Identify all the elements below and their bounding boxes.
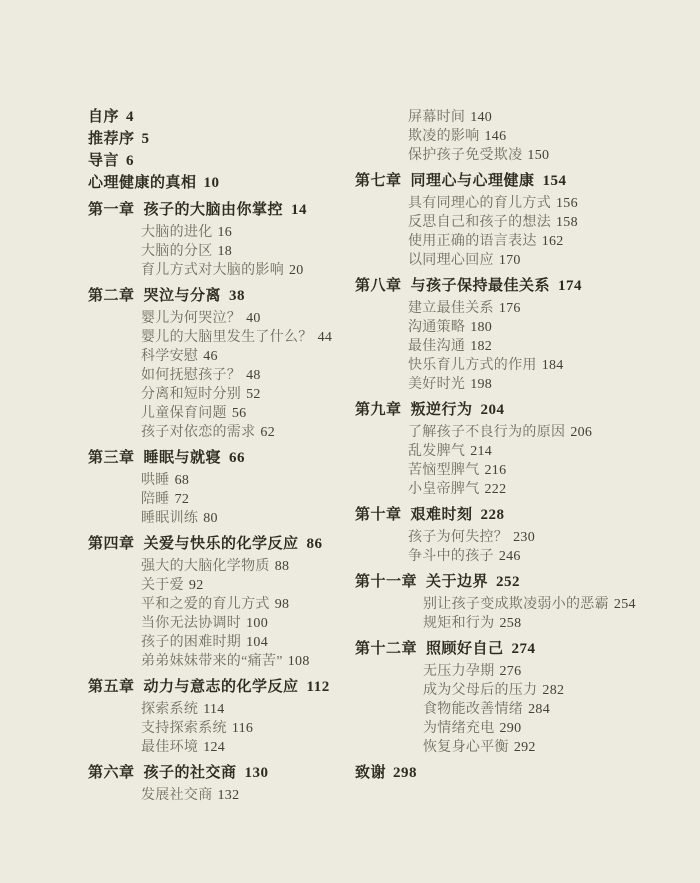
front-matter-title: 导言 (88, 153, 119, 169)
section-list: 屏幕时间140欺凌的影响146保护孩子免受欺凌150 (408, 108, 675, 165)
section-page: 88 (275, 559, 290, 574)
section-item: 苦恼型脾气216 (408, 461, 675, 480)
section-title: 使用正确的语言表达 (408, 234, 537, 249)
toc-page: 自序4推荐序5导言6心理健康的真相10第一章孩子的大脑由你掌控14大脑的进化16… (0, 0, 700, 883)
section-item: 规矩和行为258 (423, 614, 675, 633)
section-page: 276 (500, 664, 522, 679)
section-page: 182 (470, 339, 492, 354)
section-page: 254 (614, 597, 636, 612)
chapter-page: 204 (481, 402, 505, 418)
section-title: 建立最佳关系 (408, 301, 494, 316)
section-item: 睡眠训练80 (141, 509, 363, 528)
section-page: 18 (218, 244, 233, 259)
chapter-page: 130 (245, 765, 269, 781)
section-page: 206 (570, 425, 592, 440)
front-matter-page: 10 (204, 175, 220, 191)
section-page: 132 (218, 788, 240, 803)
chapter-title: 同理心与心理健康 (411, 173, 535, 189)
chapter-label: 第三章 (88, 450, 135, 466)
section-title: 大脑的分区 (141, 244, 213, 259)
section-title: 保护孩子免受欺凌 (408, 148, 522, 163)
section-title: 孩子的困难时期 (141, 635, 241, 650)
section-item: 建立最佳关系176 (408, 299, 675, 318)
chapter-label: 第十一章 (355, 574, 417, 590)
section-title: 具有同理心的育儿方式 (408, 196, 551, 211)
section-page: 292 (514, 740, 536, 755)
section-item: 具有同理心的育儿方式156 (408, 194, 675, 213)
section-title: 睡眠训练 (141, 511, 198, 526)
chapter-title: 孩子的社交商 (144, 765, 237, 781)
chapter-page: 174 (558, 278, 582, 294)
chapter-page: 274 (512, 641, 536, 657)
section-item: 强大的大脑化学物质88 (141, 557, 363, 576)
section-page: 62 (260, 425, 275, 440)
chapter-block: 第七章同理心与心理健康154具有同理心的育儿方式156反思自己和孩子的想法158… (355, 170, 675, 270)
section-list: 孩子为何失控？230争斗中的孩子246 (408, 528, 675, 566)
chapter-heading: 第七章同理心与心理健康154 (355, 170, 675, 192)
section-item: 成为父母后的压力282 (423, 681, 675, 700)
section-page: 290 (500, 721, 522, 736)
chapter-block: 第三章睡眠与就寝66哄睡68陪睡72睡眠训练80 (88, 447, 363, 528)
section-list: 强大的大脑化学物质88关于爱92平和之爱的育儿方式98当你无法协调时100孩子的… (141, 557, 363, 671)
section-item: 大脑的分区18 (141, 242, 363, 261)
section-item: 平和之爱的育儿方式98 (141, 595, 363, 614)
section-item: 反思自己和孩子的想法158 (408, 213, 675, 232)
section-title: 育儿方式对大脑的影响 (141, 263, 284, 278)
chapter-block: 第六章孩子的社交商130发展社交商132 (88, 762, 363, 805)
section-page: 246 (499, 549, 521, 564)
section-item: 婴儿的大脑里发生了什么？44 (141, 328, 363, 347)
chapter-block: 第九章叛逆行为204了解孩子不良行为的原因206乱发脾气214苦恼型脾气216小… (355, 399, 675, 499)
section-item: 哄睡68 (141, 471, 363, 490)
section-item: 争斗中的孩子246 (408, 547, 675, 566)
section-item: 儿童保育问题56 (141, 404, 363, 423)
section-item: 支持探索系统116 (141, 719, 363, 738)
front-matter-page: 5 (142, 131, 150, 147)
front-matter-item: 自序4 (88, 106, 363, 128)
section-item: 孩子的困难时期104 (141, 633, 363, 652)
chapter-page: 14 (291, 202, 307, 218)
section-item: 美好时光198 (408, 375, 675, 394)
chapter-label: 第二章 (88, 288, 135, 304)
section-title: 欺凌的影响 (408, 129, 480, 144)
chapter-heading: 第九章叛逆行为204 (355, 399, 675, 421)
chapter-heading: 第二章哭泣与分离38 (88, 285, 363, 307)
chapter-page: 66 (229, 450, 245, 466)
chapter-block: 第十二章照顾好自己274无压力孕期276成为父母后的压力282食物能改善情绪28… (355, 638, 675, 757)
chapter-heading: 第五章动力与意志的化学反应112 (88, 676, 363, 698)
section-item: 屏幕时间140 (408, 108, 675, 127)
section-item: 小皇帝脾气222 (408, 480, 675, 499)
section-page: 40 (246, 311, 261, 326)
section-item: 别让孩子变成欺凌弱小的恶霸254 (423, 595, 675, 614)
chapter-page: 86 (307, 536, 323, 552)
chapter-label: 第十二章 (355, 641, 417, 657)
section-list: 探索系统114支持探索系统116最佳环境124 (141, 700, 363, 757)
section-list: 发展社交商132 (141, 786, 363, 805)
chapter-block: 第四章关爱与快乐的化学反应86强大的大脑化学物质88关于爱92平和之爱的育儿方式… (88, 533, 363, 671)
section-page: 72 (175, 492, 190, 507)
section-item: 快乐育儿方式的作用184 (408, 356, 675, 375)
section-item: 无压力孕期276 (423, 662, 675, 681)
chapter-title: 照顾好自己 (426, 641, 504, 657)
section-list: 无压力孕期276成为父母后的压力282食物能改善情绪284为情绪充电290恢复身… (423, 662, 675, 757)
section-page: 216 (485, 463, 507, 478)
chapter-block: 第一章孩子的大脑由你掌控14大脑的进化16大脑的分区18育儿方式对大脑的影响20 (88, 199, 363, 280)
section-page: 230 (513, 530, 535, 545)
chapter-page: 112 (307, 679, 330, 695)
section-title: 哄睡 (141, 473, 170, 488)
chapter-heading: 第八章与孩子保持最佳关系174 (355, 275, 675, 297)
section-page: 92 (189, 578, 204, 593)
section-page: 20 (289, 263, 304, 278)
section-title: 发展社交商 (141, 788, 213, 803)
section-page: 100 (246, 616, 268, 631)
chapter-heading: 第一章孩子的大脑由你掌控14 (88, 199, 363, 221)
section-list: 具有同理心的育儿方式156反思自己和孩子的想法158使用正确的语言表达162以同… (408, 194, 675, 270)
section-title: 成为父母后的压力 (423, 683, 537, 698)
chapter-block: 第五章动力与意志的化学反应112探索系统114支持探索系统116最佳环境124 (88, 676, 363, 757)
section-list: 了解孩子不良行为的原因206乱发脾气214苦恼型脾气216小皇帝脾气222 (408, 423, 675, 499)
section-item: 如何抚慰孩子？48 (141, 366, 363, 385)
section-title: 最佳沟通 (408, 339, 465, 354)
section-title: 为情绪充电 (423, 721, 495, 736)
section-title: 最佳环境 (141, 740, 198, 755)
chapter-heading: 第十一章关于边界252 (355, 571, 675, 593)
chapter-title: 孩子的大脑由你掌控 (144, 202, 284, 218)
acknowledgements-title: 致谢 (355, 765, 386, 781)
chapter-heading: 第六章孩子的社交商130 (88, 762, 363, 784)
section-list: 别让孩子变成欺凌弱小的恶霸254规矩和行为258 (423, 595, 675, 633)
section-page: 214 (470, 444, 492, 459)
chapter-title: 与孩子保持最佳关系 (411, 278, 551, 294)
section-title: 强大的大脑化学物质 (141, 559, 270, 574)
chapter-title: 哭泣与分离 (144, 288, 222, 304)
section-title: 别让孩子变成欺凌弱小的恶霸 (423, 597, 609, 612)
section-item: 孩子为何失控？230 (408, 528, 675, 547)
chapter-title: 叛逆行为 (411, 402, 473, 418)
section-item: 欺凌的影响146 (408, 127, 675, 146)
section-title: 科学安慰 (141, 349, 198, 364)
section-item: 婴儿为何哭泣？40 (141, 309, 363, 328)
section-title: 屏幕时间 (408, 110, 465, 125)
section-title: 以同理心回应 (408, 253, 494, 268)
section-item: 食物能改善情绪284 (423, 700, 675, 719)
section-page: 46 (203, 349, 218, 364)
chapter-label: 第七章 (355, 173, 402, 189)
section-page: 48 (246, 368, 261, 383)
section-item: 保护孩子免受欺凌150 (408, 146, 675, 165)
section-item: 为情绪充电290 (423, 719, 675, 738)
section-title: 当你无法协调时 (141, 616, 241, 631)
chapter-label: 第四章 (88, 536, 135, 552)
section-page: 282 (542, 683, 564, 698)
chapter-block: 第八章与孩子保持最佳关系174建立最佳关系176沟通策略180最佳沟通182快乐… (355, 275, 675, 394)
section-item: 孩子对依恋的需求62 (141, 423, 363, 442)
section-page: 158 (556, 215, 578, 230)
toc-column-left: 自序4推荐序5导言6心理健康的真相10第一章孩子的大脑由你掌控14大脑的进化16… (88, 106, 363, 805)
section-title: 反思自己和孩子的想法 (408, 215, 551, 230)
section-title: 婴儿的大脑里发生了什么？ (141, 330, 313, 345)
section-item: 沟通策略180 (408, 318, 675, 337)
chapter-title: 动力与意志的化学反应 (144, 679, 299, 695)
chapter-page: 252 (496, 574, 520, 590)
section-title: 小皇帝脾气 (408, 482, 480, 497)
acknowledgements-page: 298 (393, 765, 417, 781)
section-title: 平和之爱的育儿方式 (141, 597, 270, 612)
toc-column-right: 屏幕时间140欺凌的影响146保护孩子免受欺凌150第七章同理心与心理健康154… (355, 106, 675, 784)
chapter-page: 154 (543, 173, 567, 189)
front-matter-page: 4 (126, 109, 134, 125)
section-title: 食物能改善情绪 (423, 702, 523, 717)
section-page: 162 (542, 234, 564, 249)
chapter-label: 第五章 (88, 679, 135, 695)
section-page: 124 (203, 740, 225, 755)
section-title: 支持探索系统 (141, 721, 227, 736)
chapter-block: 第十一章关于边界252别让孩子变成欺凌弱小的恶霸254规矩和行为258 (355, 571, 675, 633)
section-page: 44 (318, 330, 333, 345)
chapter-page: 228 (481, 507, 505, 523)
section-list: 婴儿为何哭泣？40婴儿的大脑里发生了什么？44科学安慰46如何抚慰孩子？48分离… (141, 309, 363, 442)
section-item: 乱发脾气214 (408, 442, 675, 461)
chapter-label: 第十章 (355, 507, 402, 523)
section-page: 108 (288, 654, 310, 669)
section-item: 弟弟妹妹带来的“痛苦”108 (141, 652, 363, 671)
section-page: 116 (232, 721, 253, 736)
section-item: 陪睡72 (141, 490, 363, 509)
section-title: 无压力孕期 (423, 664, 495, 679)
front-matter-page: 6 (126, 153, 134, 169)
chapter-heading: 第三章睡眠与就寝66 (88, 447, 363, 469)
chapter-block: 第十章艰难时刻228孩子为何失控？230争斗中的孩子246 (355, 504, 675, 566)
section-page: 176 (499, 301, 521, 316)
section-page: 16 (218, 225, 233, 240)
chapter-page: 38 (229, 288, 245, 304)
front-matter-item: 推荐序5 (88, 128, 363, 150)
front-matter-item: 心理健康的真相10 (88, 172, 363, 194)
section-page: 146 (485, 129, 507, 144)
front-matter-title: 心理健康的真相 (88, 175, 197, 191)
section-page: 184 (542, 358, 564, 373)
front-matter-title: 自序 (88, 109, 119, 125)
chapter-label: 第一章 (88, 202, 135, 218)
chapter-title: 艰难时刻 (411, 507, 473, 523)
section-title: 弟弟妹妹带来的“痛苦” (141, 654, 283, 669)
section-title: 婴儿为何哭泣？ (141, 311, 241, 326)
section-item: 大脑的进化16 (141, 223, 363, 242)
section-item: 使用正确的语言表达162 (408, 232, 675, 251)
chapter-heading: 第四章关爱与快乐的化学反应86 (88, 533, 363, 555)
section-page: 114 (203, 702, 224, 717)
section-page: 68 (175, 473, 190, 488)
section-page: 140 (470, 110, 492, 125)
chapter-block: 第二章哭泣与分离38婴儿为何哭泣？40婴儿的大脑里发生了什么？44科学安慰46如… (88, 285, 363, 442)
section-item: 了解孩子不良行为的原因206 (408, 423, 675, 442)
section-title: 儿童保育问题 (141, 406, 227, 421)
section-title: 美好时光 (408, 377, 465, 392)
chapter-label: 第九章 (355, 402, 402, 418)
section-title: 分离和短时分别 (141, 387, 241, 402)
section-title: 恢复身心平衡 (423, 740, 509, 755)
section-page: 180 (470, 320, 492, 335)
chapter-label: 第六章 (88, 765, 135, 781)
section-title: 规矩和行为 (423, 616, 495, 631)
section-item: 科学安慰46 (141, 347, 363, 366)
section-page: 80 (203, 511, 218, 526)
section-item: 以同理心回应170 (408, 251, 675, 270)
section-item: 发展社交商132 (141, 786, 363, 805)
section-page: 258 (500, 616, 522, 631)
chapter-heading: 第十章艰难时刻228 (355, 504, 675, 526)
section-title: 陪睡 (141, 492, 170, 507)
front-matter-item: 导言6 (88, 150, 363, 172)
front-matter-title: 推荐序 (88, 131, 135, 147)
section-page: 156 (556, 196, 578, 211)
chapter-label: 第八章 (355, 278, 402, 294)
section-item: 当你无法协调时100 (141, 614, 363, 633)
section-list: 建立最佳关系176沟通策略180最佳沟通182快乐育儿方式的作用184美好时光1… (408, 299, 675, 394)
section-item: 育儿方式对大脑的影响20 (141, 261, 363, 280)
section-list: 哄睡68陪睡72睡眠训练80 (141, 471, 363, 528)
chapter-title: 关爱与快乐的化学反应 (144, 536, 299, 552)
section-page: 56 (232, 406, 247, 421)
section-title: 如何抚慰孩子？ (141, 368, 241, 383)
section-page: 198 (470, 377, 492, 392)
section-page: 104 (246, 635, 268, 650)
section-title: 争斗中的孩子 (408, 549, 494, 564)
section-title: 沟通策略 (408, 320, 465, 335)
section-title: 了解孩子不良行为的原因 (408, 425, 565, 440)
section-page: 150 (527, 148, 549, 163)
section-page: 222 (485, 482, 507, 497)
section-item: 恢复身心平衡292 (423, 738, 675, 757)
section-title: 关于爱 (141, 578, 184, 593)
section-title: 大脑的进化 (141, 225, 213, 240)
acknowledgements-item: 致谢298 (355, 762, 675, 784)
section-title: 乱发脾气 (408, 444, 465, 459)
section-item: 探索系统114 (141, 700, 363, 719)
section-page: 170 (499, 253, 521, 268)
section-item: 最佳环境124 (141, 738, 363, 757)
section-title: 孩子对依恋的需求 (141, 425, 255, 440)
section-title: 探索系统 (141, 702, 198, 717)
section-page: 98 (275, 597, 290, 612)
section-item: 分离和短时分别52 (141, 385, 363, 404)
section-title: 孩子为何失控？ (408, 530, 508, 545)
section-item: 关于爱92 (141, 576, 363, 595)
section-list: 大脑的进化16大脑的分区18育儿方式对大脑的影响20 (141, 223, 363, 280)
chapter-heading: 第十二章照顾好自己274 (355, 638, 675, 660)
section-item: 最佳沟通182 (408, 337, 675, 356)
section-title: 苦恼型脾气 (408, 463, 480, 478)
chapter-title: 关于边界 (426, 574, 488, 590)
section-page: 52 (246, 387, 261, 402)
section-page: 284 (528, 702, 550, 717)
chapter-title: 睡眠与就寝 (144, 450, 222, 466)
section-title: 快乐育儿方式的作用 (408, 358, 537, 373)
